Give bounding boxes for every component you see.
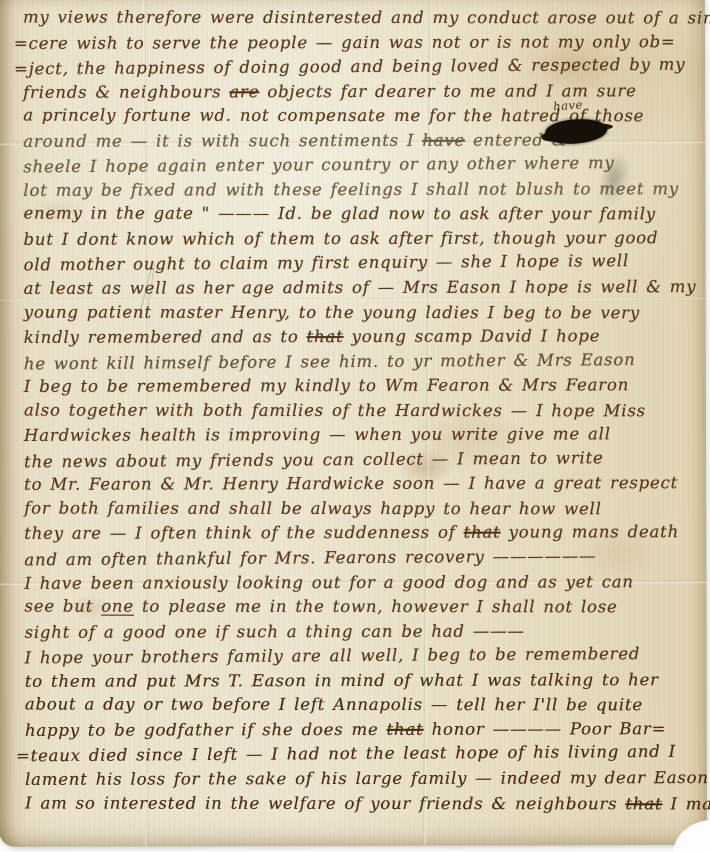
letter-line: to them and put Mrs T. Eason in mind of … [25,668,703,694]
letter-line: =ject, the happiness of doing good and b… [14,53,701,82]
letter-page: my views therefore were disinterested an… [0,0,707,847]
letter-line: old mother ought to claim my first enqui… [24,249,702,278]
letter-line: I have been anxiously looking out for a … [24,570,702,596]
letter-line: =teaux died since I left — I had not the… [16,740,703,769]
letter-line: friends & neighbours are objects far dea… [23,79,701,105]
letter-line: to Mr. Fearon & Mr. Henry Hardwicke soon… [24,471,702,497]
letter-line: at least as well as her age admits of — … [24,275,702,301]
letter-line: see but one to please me in the town, ho… [24,595,702,620]
letter-line: young patient master Henry, to the young… [24,300,702,325]
letter-line: for both families and shall be always ha… [24,496,702,521]
letter-line: Hardwickes health is improving — when yo… [24,422,702,448]
letter-line: =cere wish to serve the people — gain wa… [14,30,701,56]
inserted-word-above-blot: have [553,97,584,113]
letter-line: my views therefore were disinterested an… [23,6,701,31]
scanned-letter-photo: { "letter": { "description": "Handwritte… [0,0,710,852]
letter-line: lament his loss for the sake of his larg… [25,766,703,792]
letter-line: sight of a good one if such a thing can … [25,619,703,645]
letter-line: I am so interested in the welfare of you… [25,791,703,816]
letter-line: I beg to be remembered my kindly to Wm F… [24,373,702,399]
letter-line: also together with both families of the … [24,398,702,423]
letter-line: and am often thankful for Mrs. Fearons r… [24,544,702,573]
letter-line: kindly remembered and as to that young s… [24,324,702,350]
letter-line: I hope your brothers family are all well… [25,642,703,671]
letter-line: the news about my friends you can collec… [24,445,702,474]
letter-line: he wont kill himself before I see him. t… [24,347,702,376]
letter-line: they are — I often think of the suddenne… [24,521,702,547]
letter-line: about a day or two before I left Annapol… [25,693,703,718]
